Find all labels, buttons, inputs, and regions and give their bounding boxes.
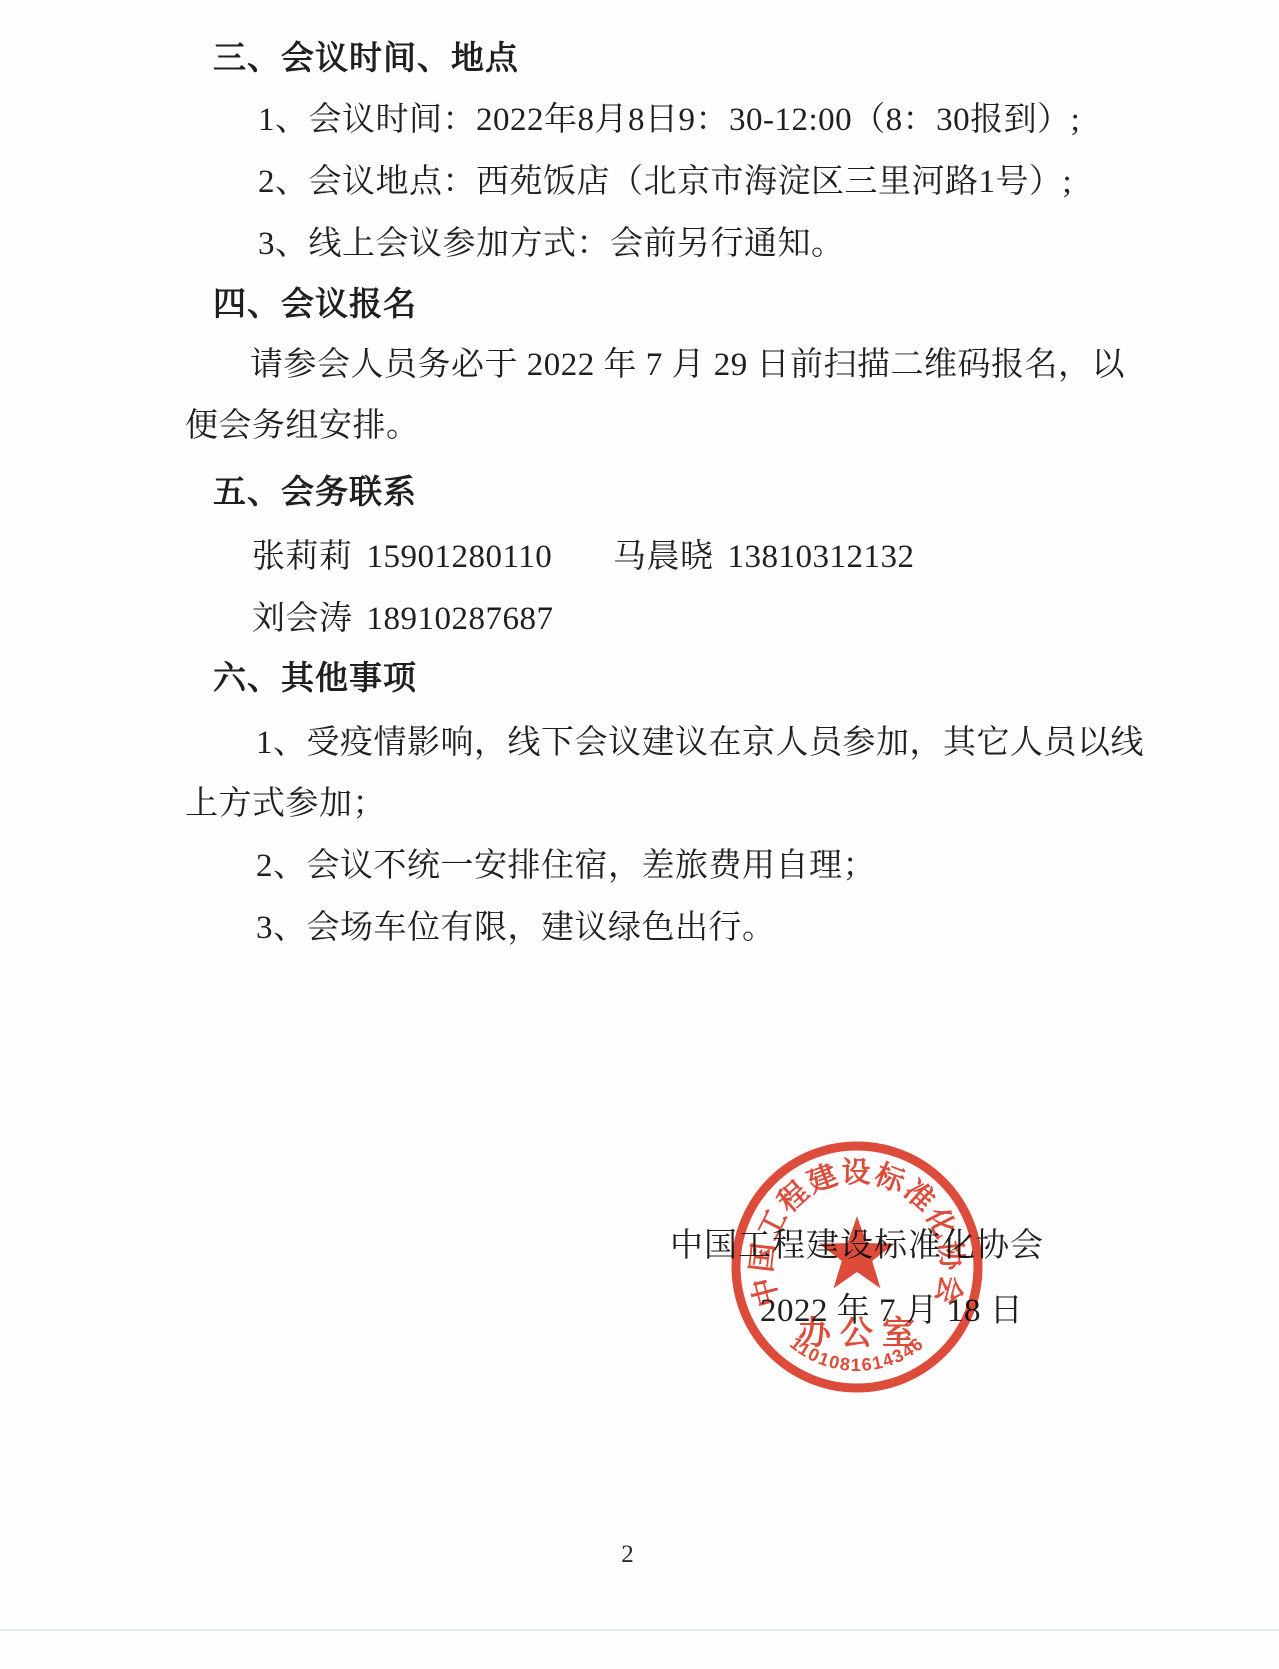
contact-row: 张莉莉15901280110 (252, 541, 552, 574)
document-page: 三、会议时间、地点 1、会议时间：2022年8月8日9：30-12:00（8：3… (0, 0, 1279, 1669)
contact-phone: 15901280110 (367, 541, 553, 574)
section6-item1-line2: 上方式参加； (185, 788, 386, 821)
section6-item2: 2、会议不统一安排住宿，差旅费用自理； (256, 850, 876, 883)
section3-heading: 三、会议时间、地点 (213, 43, 519, 76)
section6-heading: 六、其他事项 (213, 663, 417, 696)
section6-item1-line1: 1、受疫情影响，线下会议建议在京人员参加，其它人员以线 (256, 727, 1144, 760)
contact-phone: 13810312132 (728, 541, 915, 574)
seal-star-icon (819, 1216, 895, 1288)
section3-item-online: 3、线上会议参加方式：会前另行通知。 (258, 228, 845, 261)
section5-heading: 五、会务联系 (213, 477, 417, 510)
contact-row: 马晨晓13810312132 (613, 541, 915, 574)
section3-item-location: 2、会议地点：西苑饭店（北京市海淀区三里河路1号）; (258, 166, 1072, 199)
contact-name: 张莉莉 (252, 539, 353, 575)
page-number: 2 (0, 1541, 1255, 1569)
contact-name: 刘会涛 (252, 601, 353, 637)
contact-row: 刘会涛18910287687 (252, 603, 554, 636)
contact-phone: 18910287687 (367, 603, 554, 636)
section6-item3: 3、会场车位有限，建议绿色出行。 (256, 912, 776, 945)
section4-paragraph-line1: 请参会人员务必于 2022 年 7 月 29 日前扫描二维码报名，以 (250, 349, 1125, 382)
official-seal: 中国工程建设标准化协会 办公室 1101081614346 (721, 1131, 993, 1403)
section4-heading: 四、会议报名 (213, 289, 417, 322)
contact-name: 马晨晓 (613, 539, 714, 575)
section4-paragraph-line2: 便会务组安排。 (185, 410, 420, 443)
scan-artifact-line (0, 1629, 1279, 1631)
section3-item-time: 1、会议时间：2022年8月8日9：30-12:00（8：30报到）; (258, 104, 1080, 137)
